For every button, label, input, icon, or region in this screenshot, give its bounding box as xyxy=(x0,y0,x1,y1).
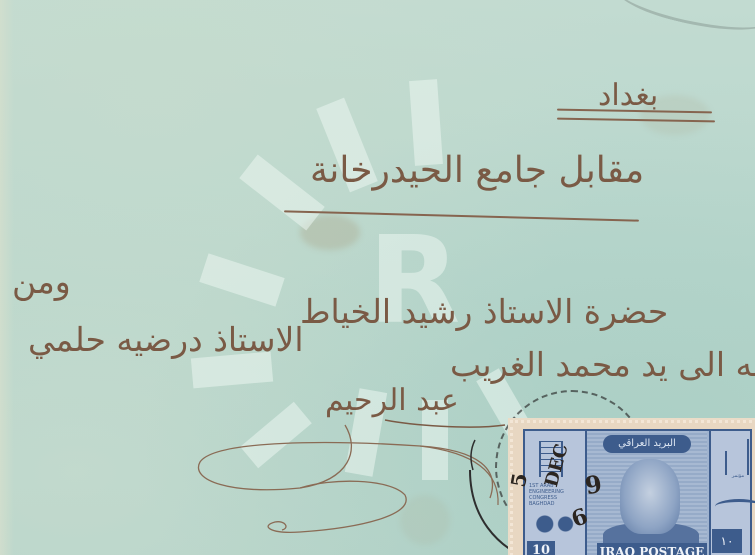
radio-mast-icon xyxy=(747,439,749,475)
postage-stamp: 1ST ARAB ENGINEERING CONGRESS BAGHDAD ال… xyxy=(510,420,755,555)
radio-mast-icon xyxy=(725,451,727,475)
envelope: R بغداد مقابل جامع الحيدرخانة ومن حضرة ا… xyxy=(0,0,755,555)
king-portrait xyxy=(620,459,680,534)
stamp-label: IRAQ POSTAGE xyxy=(597,543,707,555)
stamp-value-right: ١٠ فلس xyxy=(712,529,742,553)
stamp-caption: مؤتمر xyxy=(713,473,755,479)
stamp-country-arabic: البريد العراقي xyxy=(603,435,691,453)
stamp-value-left: 10 xyxy=(527,541,555,555)
bridge-icon xyxy=(715,499,755,514)
